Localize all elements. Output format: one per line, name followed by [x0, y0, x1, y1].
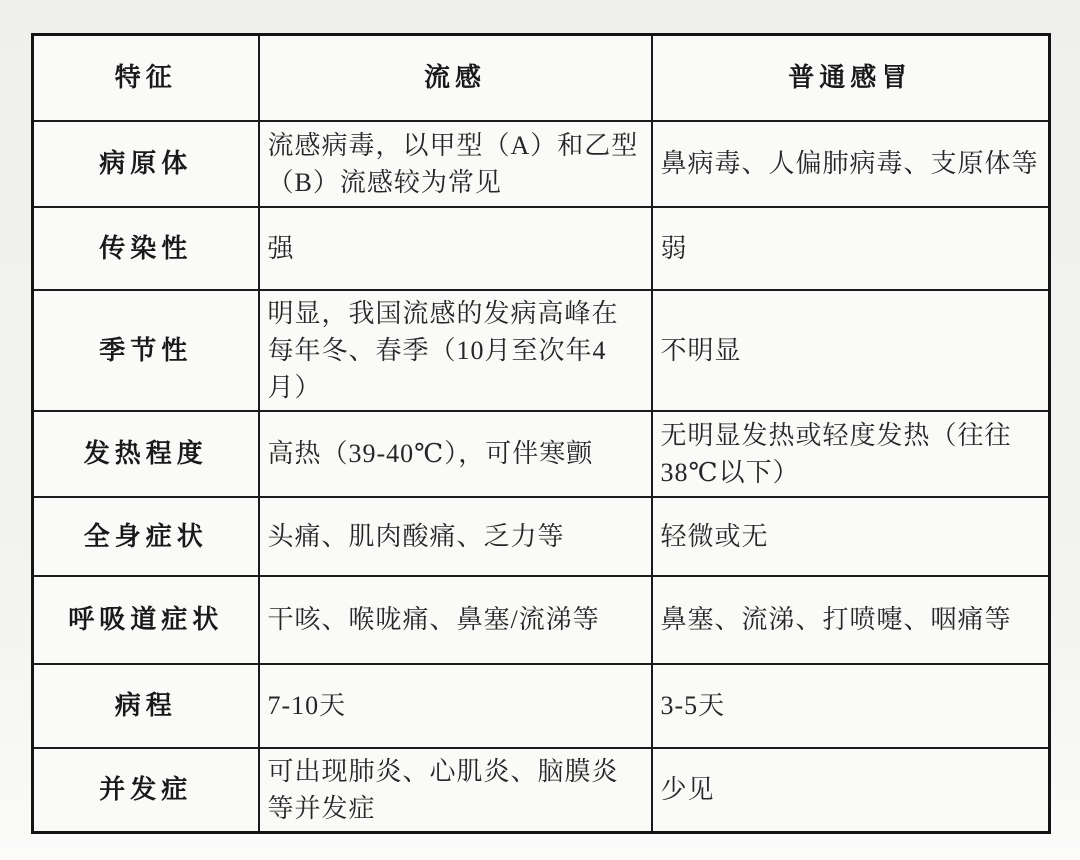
row-course-cold-cell: 3-5天	[652, 664, 1050, 748]
row-pathogen-feature-cell: 病原体	[33, 121, 259, 207]
row-respiratory-flu-cell: 干咳、喉咙痛、鼻塞/流涕等	[259, 576, 652, 664]
row-contagiousness-flu-cell: 强	[259, 207, 652, 290]
row-fever-flu-cell: 高热（39-40℃），可伴寒颤	[259, 411, 652, 497]
table-row-respiratory-symptoms: 呼吸道症状 干咳、喉咙痛、鼻塞/流涕等 鼻塞、流涕、打喷嚏、咽痛等	[33, 576, 1050, 664]
table-row-pathogen: 病原体 流感病毒，以甲型（A）和乙型（B）流感较为常见 鼻病毒、人偏肺病毒、支原…	[33, 121, 1050, 207]
row-pathogen-flu-cell: 流感病毒，以甲型（A）和乙型（B）流感较为常见	[259, 121, 652, 207]
header-feature: 特征	[33, 35, 259, 121]
row-pathogen-cold-cell: 鼻病毒、人偏肺病毒、支原体等	[652, 121, 1050, 207]
table-row-disease-course: 病程 7-10天 3-5天	[33, 664, 1050, 748]
row-contagiousness-feature-cell: 传染性	[33, 207, 259, 290]
row-course-feature-cell: 病程	[33, 664, 259, 748]
row-seasonality-feature-cell: 季节性	[33, 290, 259, 411]
row-complications-feature-cell: 并发症	[33, 748, 259, 833]
row-fever-cold-cell: 无明显发热或轻度发热（往往38℃以下）	[652, 411, 1050, 497]
row-seasonality-cold-cell: 不明显	[652, 290, 1050, 411]
header-flu: 流感	[259, 35, 652, 121]
row-complications-cold-cell: 少见	[652, 748, 1050, 833]
row-systemic-cold-cell: 轻微或无	[652, 497, 1050, 576]
table-row-seasonality: 季节性 明显，我国流感的发病高峰在每年冬、春季（10月至次年4月） 不明显	[33, 290, 1050, 411]
document-page: 特征 流感 普通感冒 病原体 流感病毒，以甲型（A）和乙型（B）流感较为常见 鼻…	[0, 0, 1080, 860]
row-complications-flu-cell: 可出现肺炎、心肌炎、脑膜炎等并发症	[259, 748, 652, 833]
row-contagiousness-cold-cell: 弱	[652, 207, 1050, 290]
row-systemic-flu-cell: 头痛、肌肉酸痛、乏力等	[259, 497, 652, 576]
row-fever-feature-cell: 发热程度	[33, 411, 259, 497]
row-respiratory-feature-cell: 呼吸道症状	[33, 576, 259, 664]
row-systemic-feature-cell: 全身症状	[33, 497, 259, 576]
row-course-flu-cell: 7-10天	[259, 664, 652, 748]
table-header-row: 特征 流感 普通感冒	[33, 35, 1050, 121]
table-row-systemic-symptoms: 全身症状 头痛、肌肉酸痛、乏力等 轻微或无	[33, 497, 1050, 576]
flu-vs-cold-comparison-table: 特征 流感 普通感冒 病原体 流感病毒，以甲型（A）和乙型（B）流感较为常见 鼻…	[31, 33, 1051, 834]
table-row-complications: 并发症 可出现肺炎、心肌炎、脑膜炎等并发症 少见	[33, 748, 1050, 833]
table-row-fever: 发热程度 高热（39-40℃），可伴寒颤 无明显发热或轻度发热（往往38℃以下）	[33, 411, 1050, 497]
row-respiratory-cold-cell: 鼻塞、流涕、打喷嚏、咽痛等	[652, 576, 1050, 664]
table-row-contagiousness: 传染性 强 弱	[33, 207, 1050, 290]
row-seasonality-flu-cell: 明显，我国流感的发病高峰在每年冬、春季（10月至次年4月）	[259, 290, 652, 411]
header-cold: 普通感冒	[652, 35, 1050, 121]
